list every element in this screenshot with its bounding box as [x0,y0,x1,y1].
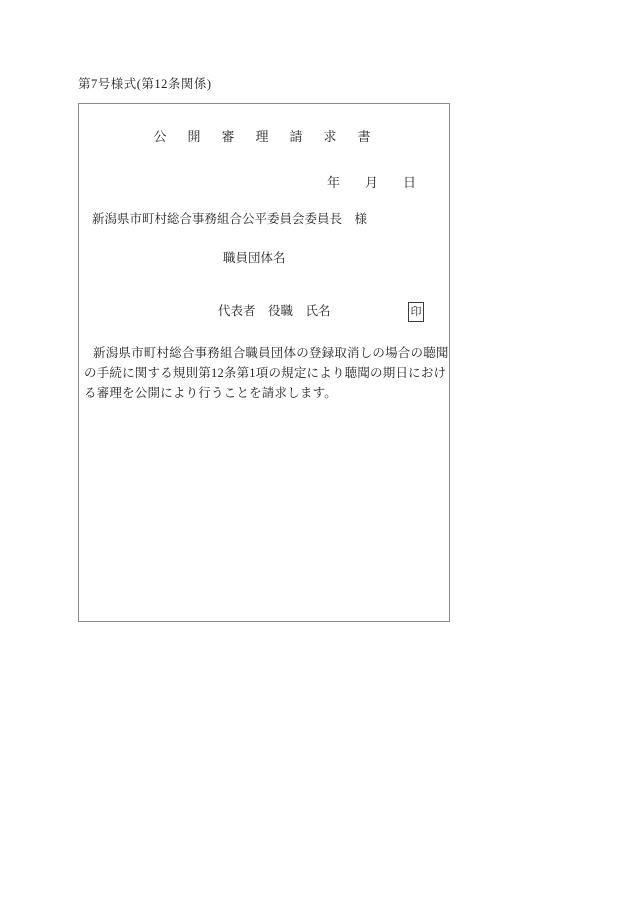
addressee-line: 新潟県市町村総合事務組合公平委員会委員長 様 [92,213,367,226]
form-border-box: 公 開 審 理 請 求 書 年月日 新潟県市町村総合事務組合公平委員会委員長 様… [78,103,450,622]
representative-title-name-label: 代表者 役職 氏名 [218,305,331,318]
request-body-paragraph: 新潟県市町村総合事務組合職員団体の登録取消しの場合の聴聞 の手続に関する規則第1… [84,343,442,403]
date-day-label: 日 [403,175,416,190]
body-line-2: の手続に関する規則第12条第1項の規定により聴聞の期日におけ [84,363,442,383]
body-line-3: る審理を公開により行うことを請求します。 [84,383,442,403]
date-year-label: 年 [327,175,340,190]
seal-placeholder: 印 [408,302,424,322]
document-title: 公 開 審 理 請 求 書 [79,130,449,143]
organization-name-label: 職員団体名 [223,252,286,265]
date-line: 年月日 [327,176,416,189]
form-number: 第7号様式(第12条関係) [78,78,212,91]
date-month-label: 月 [365,175,378,190]
body-line-1: 新潟県市町村総合事務組合職員団体の登録取消しの場合の聴聞 [84,343,442,363]
document-page: 第7号様式(第12条関係) 公 開 審 理 請 求 書 年月日 新潟県市町村総合… [0,0,630,903]
